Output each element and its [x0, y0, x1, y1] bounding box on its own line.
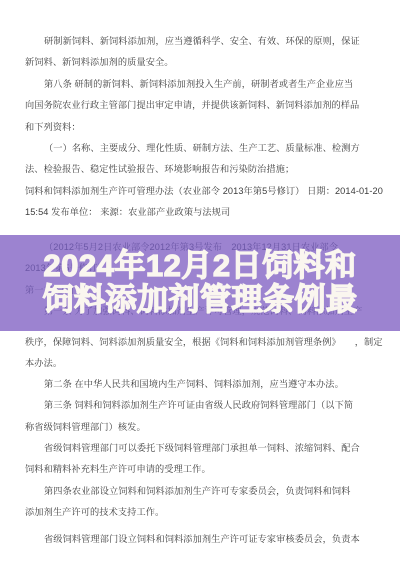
document-line: 称省级饲料管理部门）核发。: [25, 417, 377, 438]
document-line: 饲料和精料补充料生产许可申请的受理工作。: [25, 459, 377, 480]
headline-line-1: 2024年12月2日饲料和: [43, 249, 356, 283]
document-line: 15:54 发布单位： 来源：农业部产业政策与法规司: [25, 202, 377, 223]
document-line: 第八条 研制的新饲料、新饲料添加剂投入生产前，研制者或者生产企业应当: [25, 74, 377, 95]
document-line: 饲料和饲料添加剂生产许可管理办法（农业部令 2013年第5号修订） 日期：201…: [25, 181, 377, 202]
document-line: 第三条 饲料和饲料添加剂生产许可证由省级人民政府饲料管理部门（以下简: [25, 395, 377, 416]
document-bottom-text: 秩序，保障饲料、饲料添加剂质量安全，根据《饲料和饲料添加剂管理条例》 ，制定本办…: [0, 331, 400, 551]
document-line: 新饲料、新饲料添加剂的质量安全。: [25, 52, 377, 73]
document-line: 向国务院农业行政主管部门提出审定申请，并提供该新饲料、新饲料添加剂的样品: [25, 95, 377, 116]
document-line: 和下列资料：: [25, 117, 377, 138]
headline: 2024年12月2日饲料和 饲料添加剂管理条例最: [0, 235, 400, 331]
document-line: 第四条农业部设立饲料和饲料添加剂生产许可专家委员会，负责饲料和饲料: [25, 481, 377, 502]
document-page: 研制新饲料、新饲料添加剂，应当遵循科学、安全、有效、环保的原则，保证新饲料、新饲…: [0, 0, 400, 566]
document-top-text: 研制新饲料、新饲料添加剂，应当遵循科学、安全、有效、环保的原则，保证新饲料、新饲…: [0, 0, 400, 224]
document-line: 本办法。: [25, 353, 377, 374]
document-line: 省级饲料管理部门可以委托下级饲料管理部门承担单一饲料、浓缩饲料、配合: [25, 438, 377, 459]
document-line: 省级饲料管理部门设立饲料和饲料添加剂生产许可证专家审核委员会，负责本: [25, 529, 377, 550]
document-line: 法、检验报告、稳定性试验报告、环境影响报告和污染防治措施；: [25, 159, 377, 180]
document-line: 添加剂生产许可的技术支持工作。: [25, 502, 377, 523]
document-line: （一）名称、主要成分、理化性质、研制方法、生产工艺、质量标准、检测方: [25, 138, 377, 159]
headline-overlay-band: （2012年5月2日农业部令2012年第3号发布 2013年12月31日农业部令…: [0, 235, 400, 331]
document-line: 研制新饲料、新饲料添加剂，应当遵循科学、安全、有效、环保的原则，保证: [25, 31, 377, 52]
headline-line-2: 饲料添加剂管理条例最: [43, 283, 358, 317]
document-line: 第二条 在中华人民共和国境内生产饲料、饲料添加剂，应当遵守本办法。: [25, 374, 377, 395]
document-line: 秩序，保障饲料、饲料添加剂质量安全，根据《饲料和饲料添加剂管理条例》 ，制定: [25, 332, 377, 353]
